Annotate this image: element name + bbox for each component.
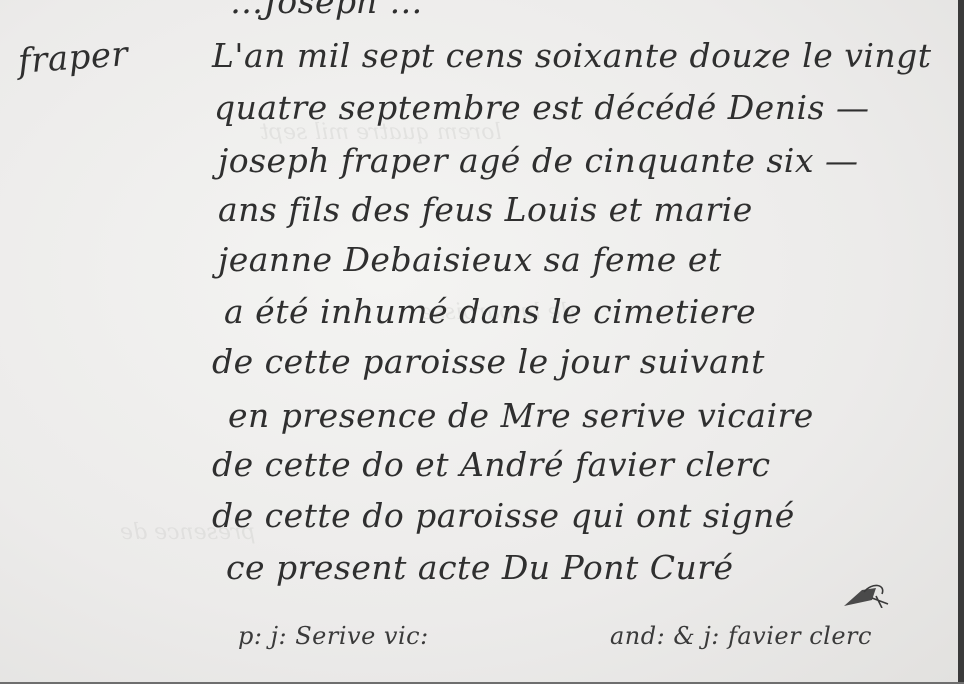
margin-name: fraper	[17, 34, 130, 82]
entry-line-8: en presence de Mre serive vicaire	[228, 396, 814, 435]
entry-line-1: L'an mil sept cens soixante douze le vin…	[212, 36, 932, 75]
entry-line-5: jeanne Debaisieux sa feme et	[218, 240, 722, 279]
entry-line-6: a été inhumé dans le cimetiere	[224, 292, 756, 331]
signature-vicaire: p: j: Serive vic:	[238, 622, 429, 650]
entry-line-4: ans fils des feus Louis et marie	[218, 190, 753, 229]
entry-line-11: ce present acte Du Pont Curé	[226, 548, 734, 587]
entry-line-3: joseph fraper agé de cinquante six —	[218, 141, 858, 180]
top-partial-line: …Joseph …	[230, 0, 423, 21]
entry-line-10: de cette do paroisse qui ont signé	[212, 496, 795, 535]
entry-line-7: de cette paroisse le jour suivant	[212, 342, 765, 381]
signature-clerc: and: & j: favier clerc	[610, 622, 872, 650]
entry-line-9: de cette do et André favier clerc	[212, 445, 771, 484]
entry-line-2: quatre septembre est décédé Denis —	[214, 88, 869, 127]
ink-blot-flourish-icon	[842, 582, 892, 608]
document-page: lorem quatre mil sept de la paroisse pre…	[0, 0, 958, 682]
page-edge-right	[958, 0, 964, 684]
